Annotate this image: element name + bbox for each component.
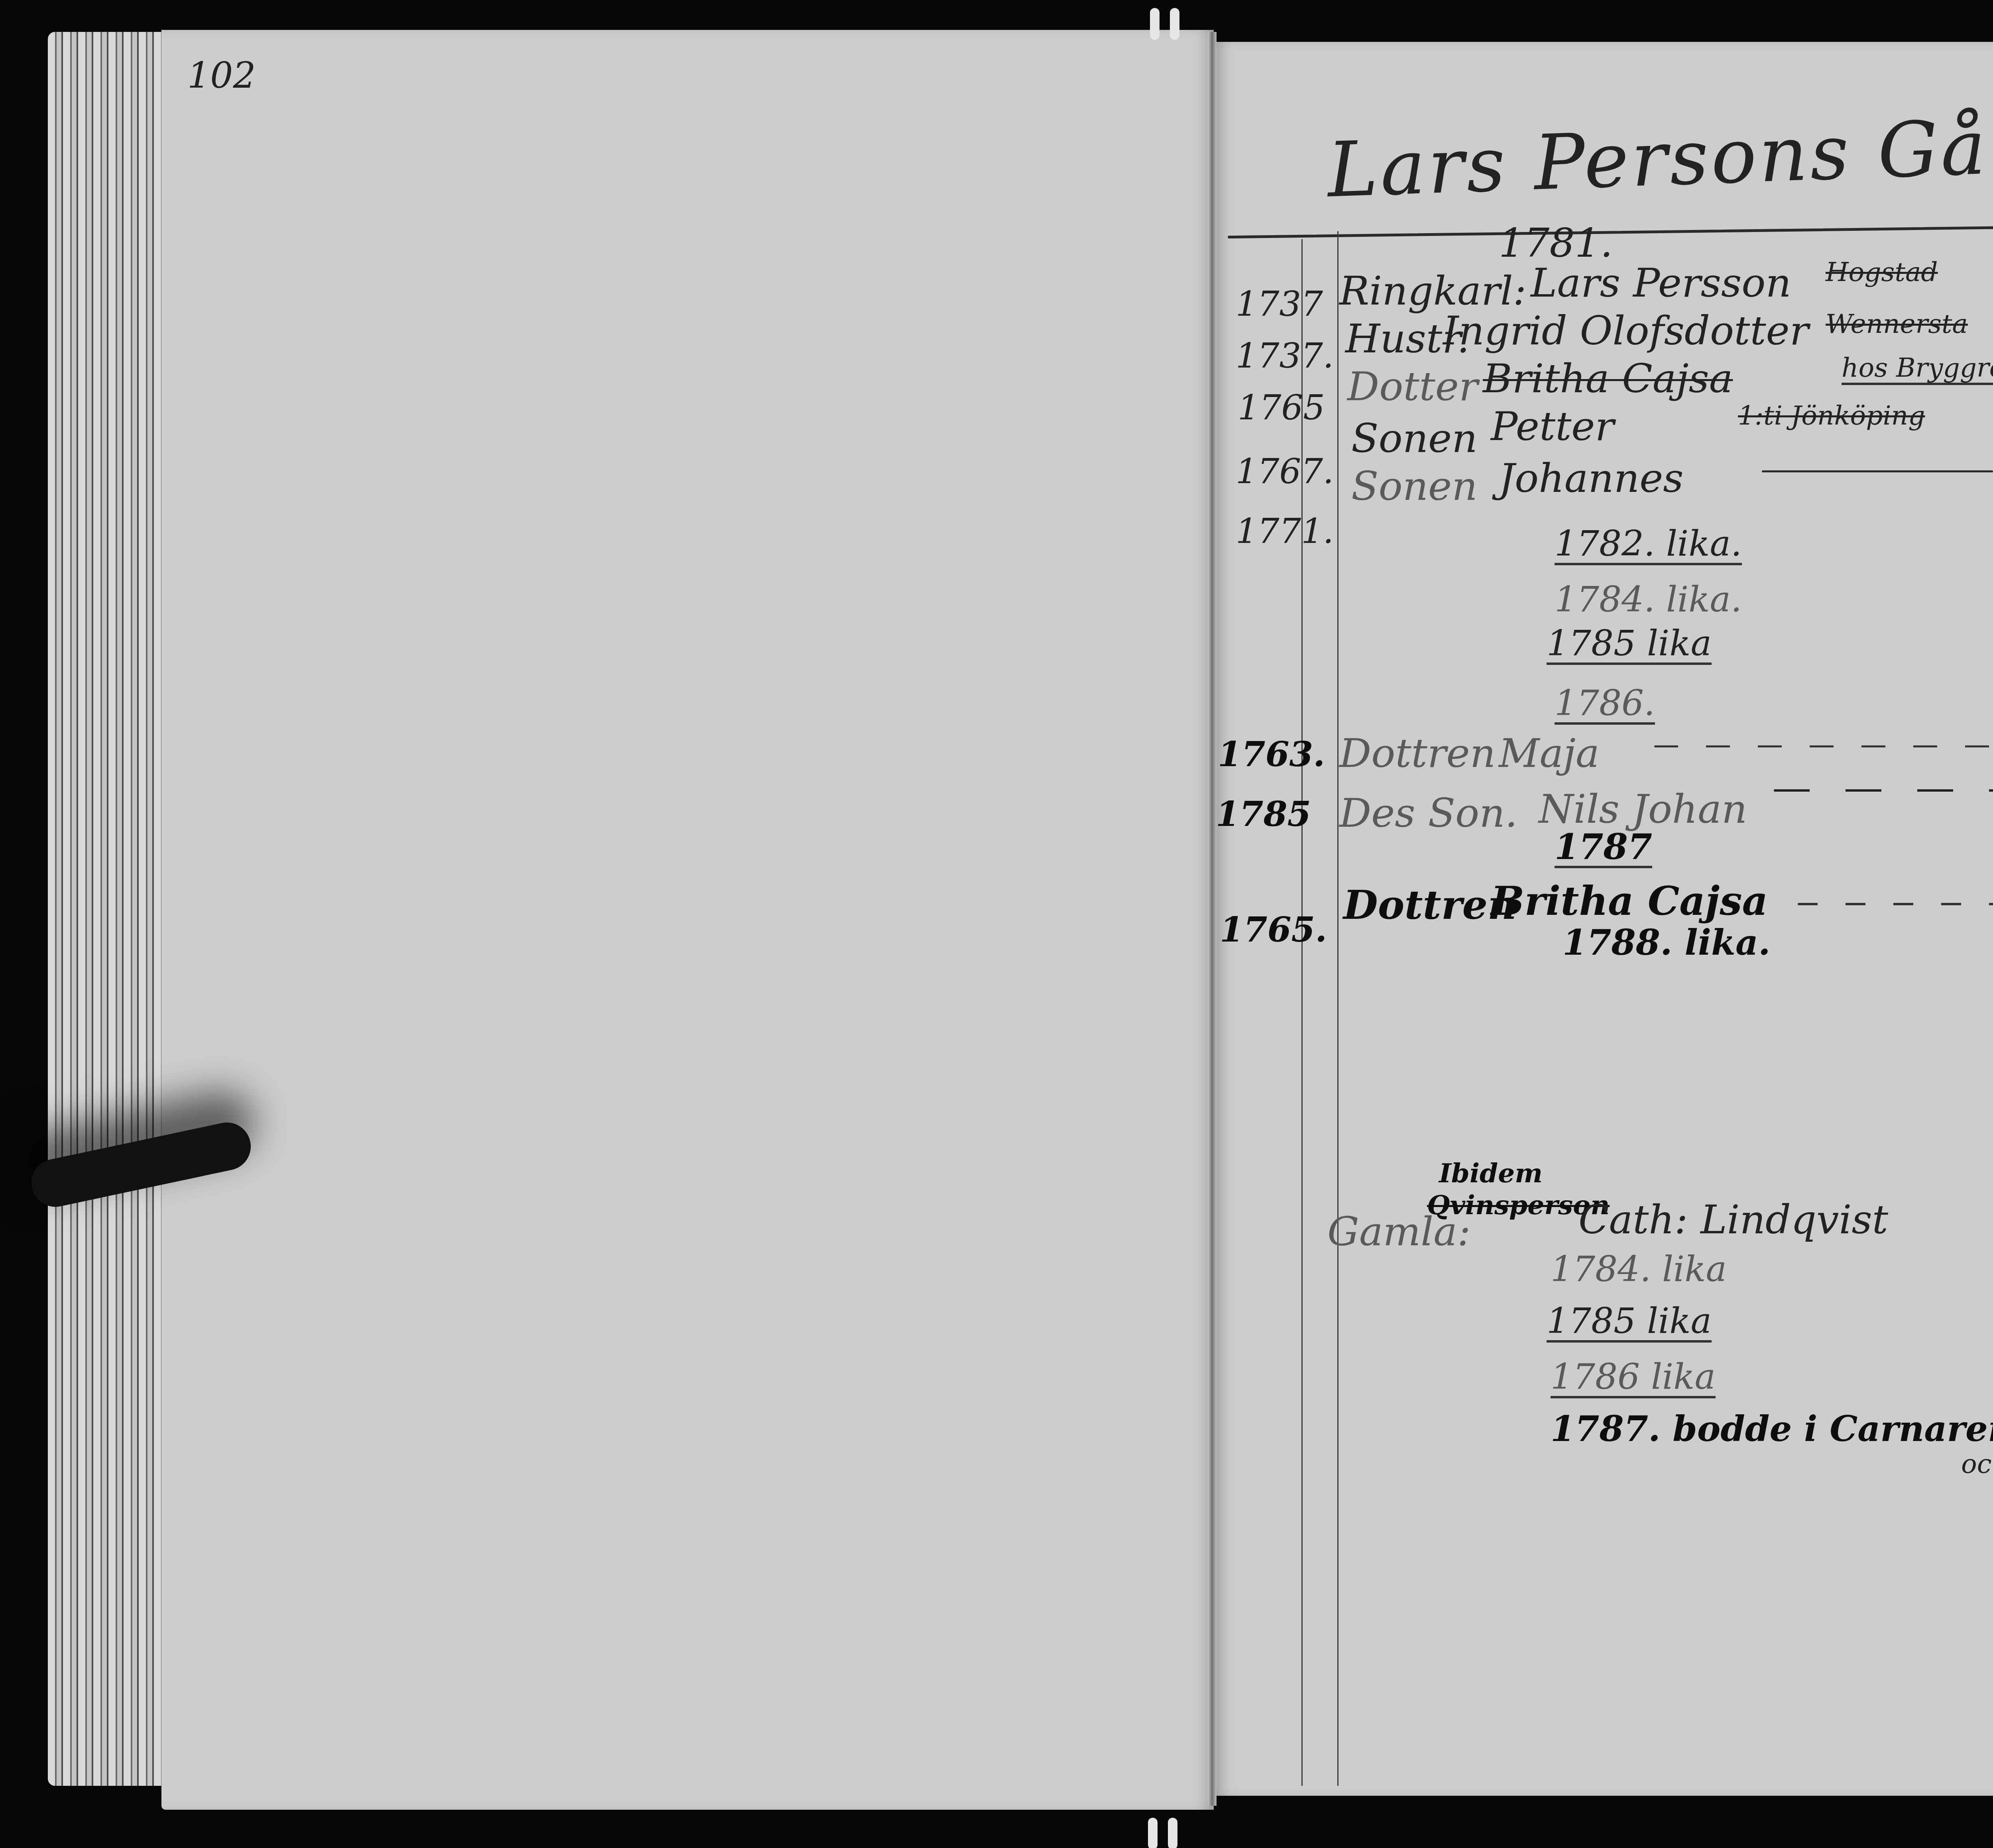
- entry-prefix-above: Ibidem: [1439, 1160, 1543, 1186]
- entry-place-note: 1:ti Jönköping: [1738, 403, 1925, 429]
- entry-role: Dottren: [1339, 733, 1496, 773]
- birth-year: 1765: [1238, 391, 1325, 425]
- entry-name: Lars Persson: [1531, 263, 1791, 303]
- entry-name: Britha Cajsa: [1483, 359, 1733, 399]
- year-annotation: 1785 lika: [1547, 1303, 1712, 1343]
- year-annotation: 1786 lika: [1551, 1359, 1716, 1398]
- entry-place-note: Wennersta: [1826, 311, 1968, 337]
- birth-year: 1771.: [1236, 514, 1334, 549]
- binding-thread-bottom: [1148, 1818, 1158, 1848]
- year-annotation: 1786.: [1555, 686, 1655, 725]
- entry-role: Dotter: [1347, 367, 1478, 407]
- birth-year: 1765.: [1220, 913, 1327, 947]
- year-annotation: 1787: [1555, 829, 1652, 868]
- column-rule: [1337, 231, 1338, 1786]
- year-annotation: 1784. lika.: [1555, 582, 1742, 617]
- entry-role: Sonen: [1351, 419, 1478, 458]
- binding-thread-top: [1170, 8, 1179, 40]
- entry-name: Nils Johan: [1539, 789, 1747, 829]
- birth-year: 1737.: [1236, 339, 1334, 373]
- entry-role: Des Son.: [1339, 793, 1517, 833]
- birth-year: 1767.: [1236, 454, 1334, 489]
- year-annotation: 1788. lika.: [1563, 925, 1771, 960]
- page-number-left: 102: [187, 58, 256, 94]
- entry-name: Johannes: [1499, 458, 1684, 498]
- left-page-edge-stack: [48, 32, 167, 1786]
- year-annotation: 1784. lika: [1551, 1252, 1727, 1287]
- entry-name: Maja: [1499, 733, 1600, 773]
- entry-name: Cath: Lindqvist: [1578, 1200, 1888, 1240]
- left-page: [161, 30, 1214, 1810]
- entry-dash: [1774, 789, 1993, 792]
- entry-name: Petter: [1491, 407, 1614, 446]
- year-annotation: 1782. lika.: [1555, 526, 1742, 565]
- entry-place-note: hos Bryggren: [1842, 355, 1993, 385]
- year-annotation: 1785 lika: [1547, 626, 1712, 665]
- birth-year: 1785: [1216, 797, 1311, 832]
- entry-dash: [1798, 903, 1993, 905]
- birth-year: 1763.: [1218, 737, 1325, 772]
- entry-role: Sonen: [1351, 466, 1478, 506]
- entry-dash: [1762, 470, 1993, 472]
- year-annotation: 1787. bodde i Carnarens Måns Tornocks: [1551, 1411, 1993, 1446]
- birth-year: 1737: [1236, 287, 1323, 321]
- entry-name: Ingrid Olofsdotter: [1443, 311, 1809, 351]
- entry-dash: [1654, 745, 1993, 747]
- entry-name: Britha Cajsa: [1491, 881, 1768, 921]
- year-annotation: och Des Huset.: [1961, 1451, 1993, 1477]
- entry-place-note: Hogstad: [1826, 259, 1938, 285]
- book-gutter: [1208, 32, 1217, 1806]
- section-year: 1781.: [1499, 223, 1613, 263]
- entry-role: Ringkarl:: [1339, 271, 1526, 311]
- binding-thread-bottom: [1168, 1818, 1177, 1848]
- binding-thread-top: [1150, 8, 1160, 40]
